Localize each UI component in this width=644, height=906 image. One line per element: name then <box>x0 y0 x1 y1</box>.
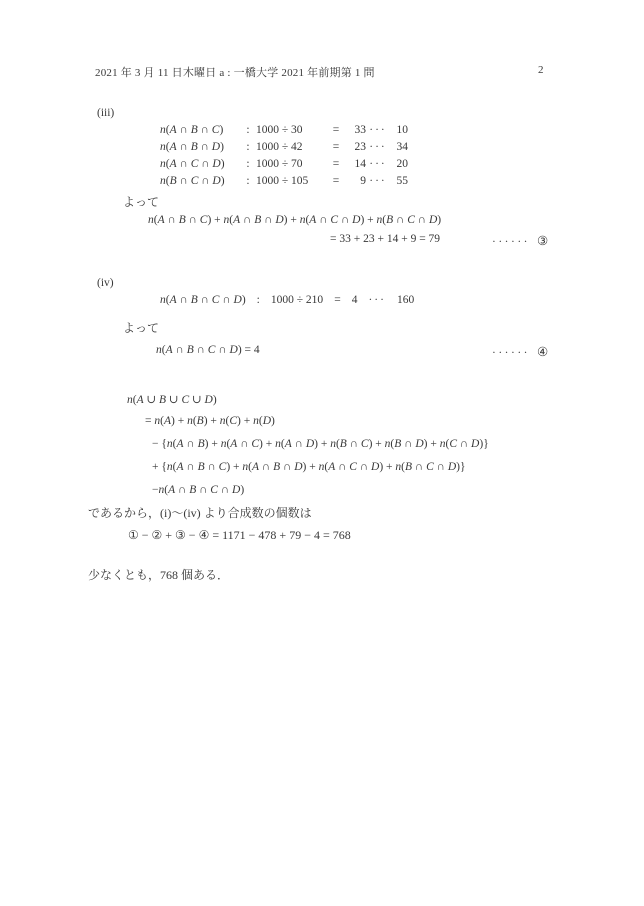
remainder-value: 10 <box>390 122 408 139</box>
quotient-value: 14 <box>346 156 366 173</box>
ie-triples-line: + {n(A ∩ B ∩ C) + n(A ∩ B ∩ D) + n(A ∩ C… <box>152 461 466 473</box>
equation-tag-4: ······ ④ <box>492 344 548 360</box>
remainder-value: 55 <box>390 173 408 190</box>
section-iv-label: (iv) <box>97 277 114 289</box>
ie-quadruple-line: −n(A ∩ B ∩ C ∩ D) <box>152 484 244 496</box>
colon-separator: : <box>242 173 254 190</box>
division-expression: 1000 ÷ 70 <box>254 156 326 173</box>
set-count-expression: n(A ∩ B ∩ C ∩ D) <box>160 294 246 306</box>
equals-sign: = <box>334 294 341 306</box>
union-expression: n(A ∪ B ∪ C ∪ D) <box>127 392 217 406</box>
division-result-row: n(A ∩ B ∩ C ∩ D) : 1000 ÷ 210 = 4 ··· 16… <box>160 294 414 306</box>
equals-sign: = <box>326 173 346 190</box>
remainder-dots: ··· <box>366 156 390 173</box>
final-count-equation: ① − ② + ③ − ④ = 1171 − 478 + 79 − 4 = 76… <box>128 528 351 543</box>
colon-separator: : <box>257 294 260 306</box>
equals-sign: = <box>326 156 346 173</box>
circled-number-4: ④ <box>537 344 548 360</box>
division-expression: 1000 ÷ 105 <box>254 173 326 190</box>
ie-pairs-line: − {n(A ∩ B) + n(A ∩ C) + n(A ∩ D) + n(B … <box>152 438 489 450</box>
equals-sign: = <box>326 139 346 156</box>
equation-tag-3: ······ ③ <box>492 233 548 249</box>
remainder-value: 34 <box>390 139 408 156</box>
document-page: 2021 年 3 月 11 日木曜日 a : 一橋大学 2021 年前期第 1 … <box>0 0 644 906</box>
colon-separator: : <box>242 156 254 173</box>
remainder-value: 20 <box>390 156 408 173</box>
remainder-dots: ··· <box>366 173 390 190</box>
remainder-dots: ··· <box>368 294 386 306</box>
page-header-title: 2021 年 3 月 11 日木曜日 a : 一橋大学 2021 年前期第 1 … <box>95 64 375 80</box>
tag-leader-dots: ······ <box>492 236 530 248</box>
quotient-value: 23 <box>346 139 366 156</box>
division-expression: 1000 ÷ 30 <box>254 122 326 139</box>
connector-yotte: よって <box>123 319 159 336</box>
set-count-expression: n(A ∩ B ∩ C) <box>160 122 242 139</box>
page-number: 2 <box>538 64 544 76</box>
section-iii-label: (iii) <box>97 107 114 119</box>
conclusion-intro: であるから，(i)～(iv) より合成数の個数は <box>88 504 312 521</box>
remainder-dots: ··· <box>366 139 390 156</box>
set-count-expression: n(A ∩ B ∩ D) <box>160 139 242 156</box>
connector-yotte: よって <box>123 193 159 210</box>
division-results-table: n(A ∩ B ∩ C) : 1000 ÷ 30 = 33 ··· 10 n(A… <box>160 122 408 190</box>
sum-equation-lhs: n(A ∩ B ∩ C) + n(A ∩ B ∩ D) + n(A ∩ C ∩ … <box>148 214 441 226</box>
colon-separator: : <box>242 139 254 156</box>
conclusion-closing: 少なくとも，768 個ある． <box>88 566 229 583</box>
remainder-value: 160 <box>397 294 414 306</box>
sum-equation-rhs: = 33 + 23 + 14 + 9 = 79 <box>330 233 440 245</box>
division-expression: 1000 ÷ 210 <box>271 294 323 306</box>
ie-singles-line: = n(A) + n(B) + n(C) + n(D) <box>145 415 275 427</box>
remainder-dots: ··· <box>366 122 390 139</box>
result-equation: n(A ∩ B ∩ C ∩ D) = 4 <box>156 344 260 356</box>
tag-leader-dots: ······ <box>492 347 530 359</box>
quotient-value: 4 <box>352 294 358 306</box>
colon-separator: : <box>242 122 254 139</box>
division-expression: 1000 ÷ 42 <box>254 139 326 156</box>
equals-sign: = <box>326 122 346 139</box>
quotient-value: 9 <box>346 173 366 190</box>
quotient-value: 33 <box>346 122 366 139</box>
set-count-expression: n(B ∩ C ∩ D) <box>160 173 242 190</box>
circled-number-3: ③ <box>537 233 548 249</box>
set-count-expression: n(A ∩ C ∩ D) <box>160 156 242 173</box>
